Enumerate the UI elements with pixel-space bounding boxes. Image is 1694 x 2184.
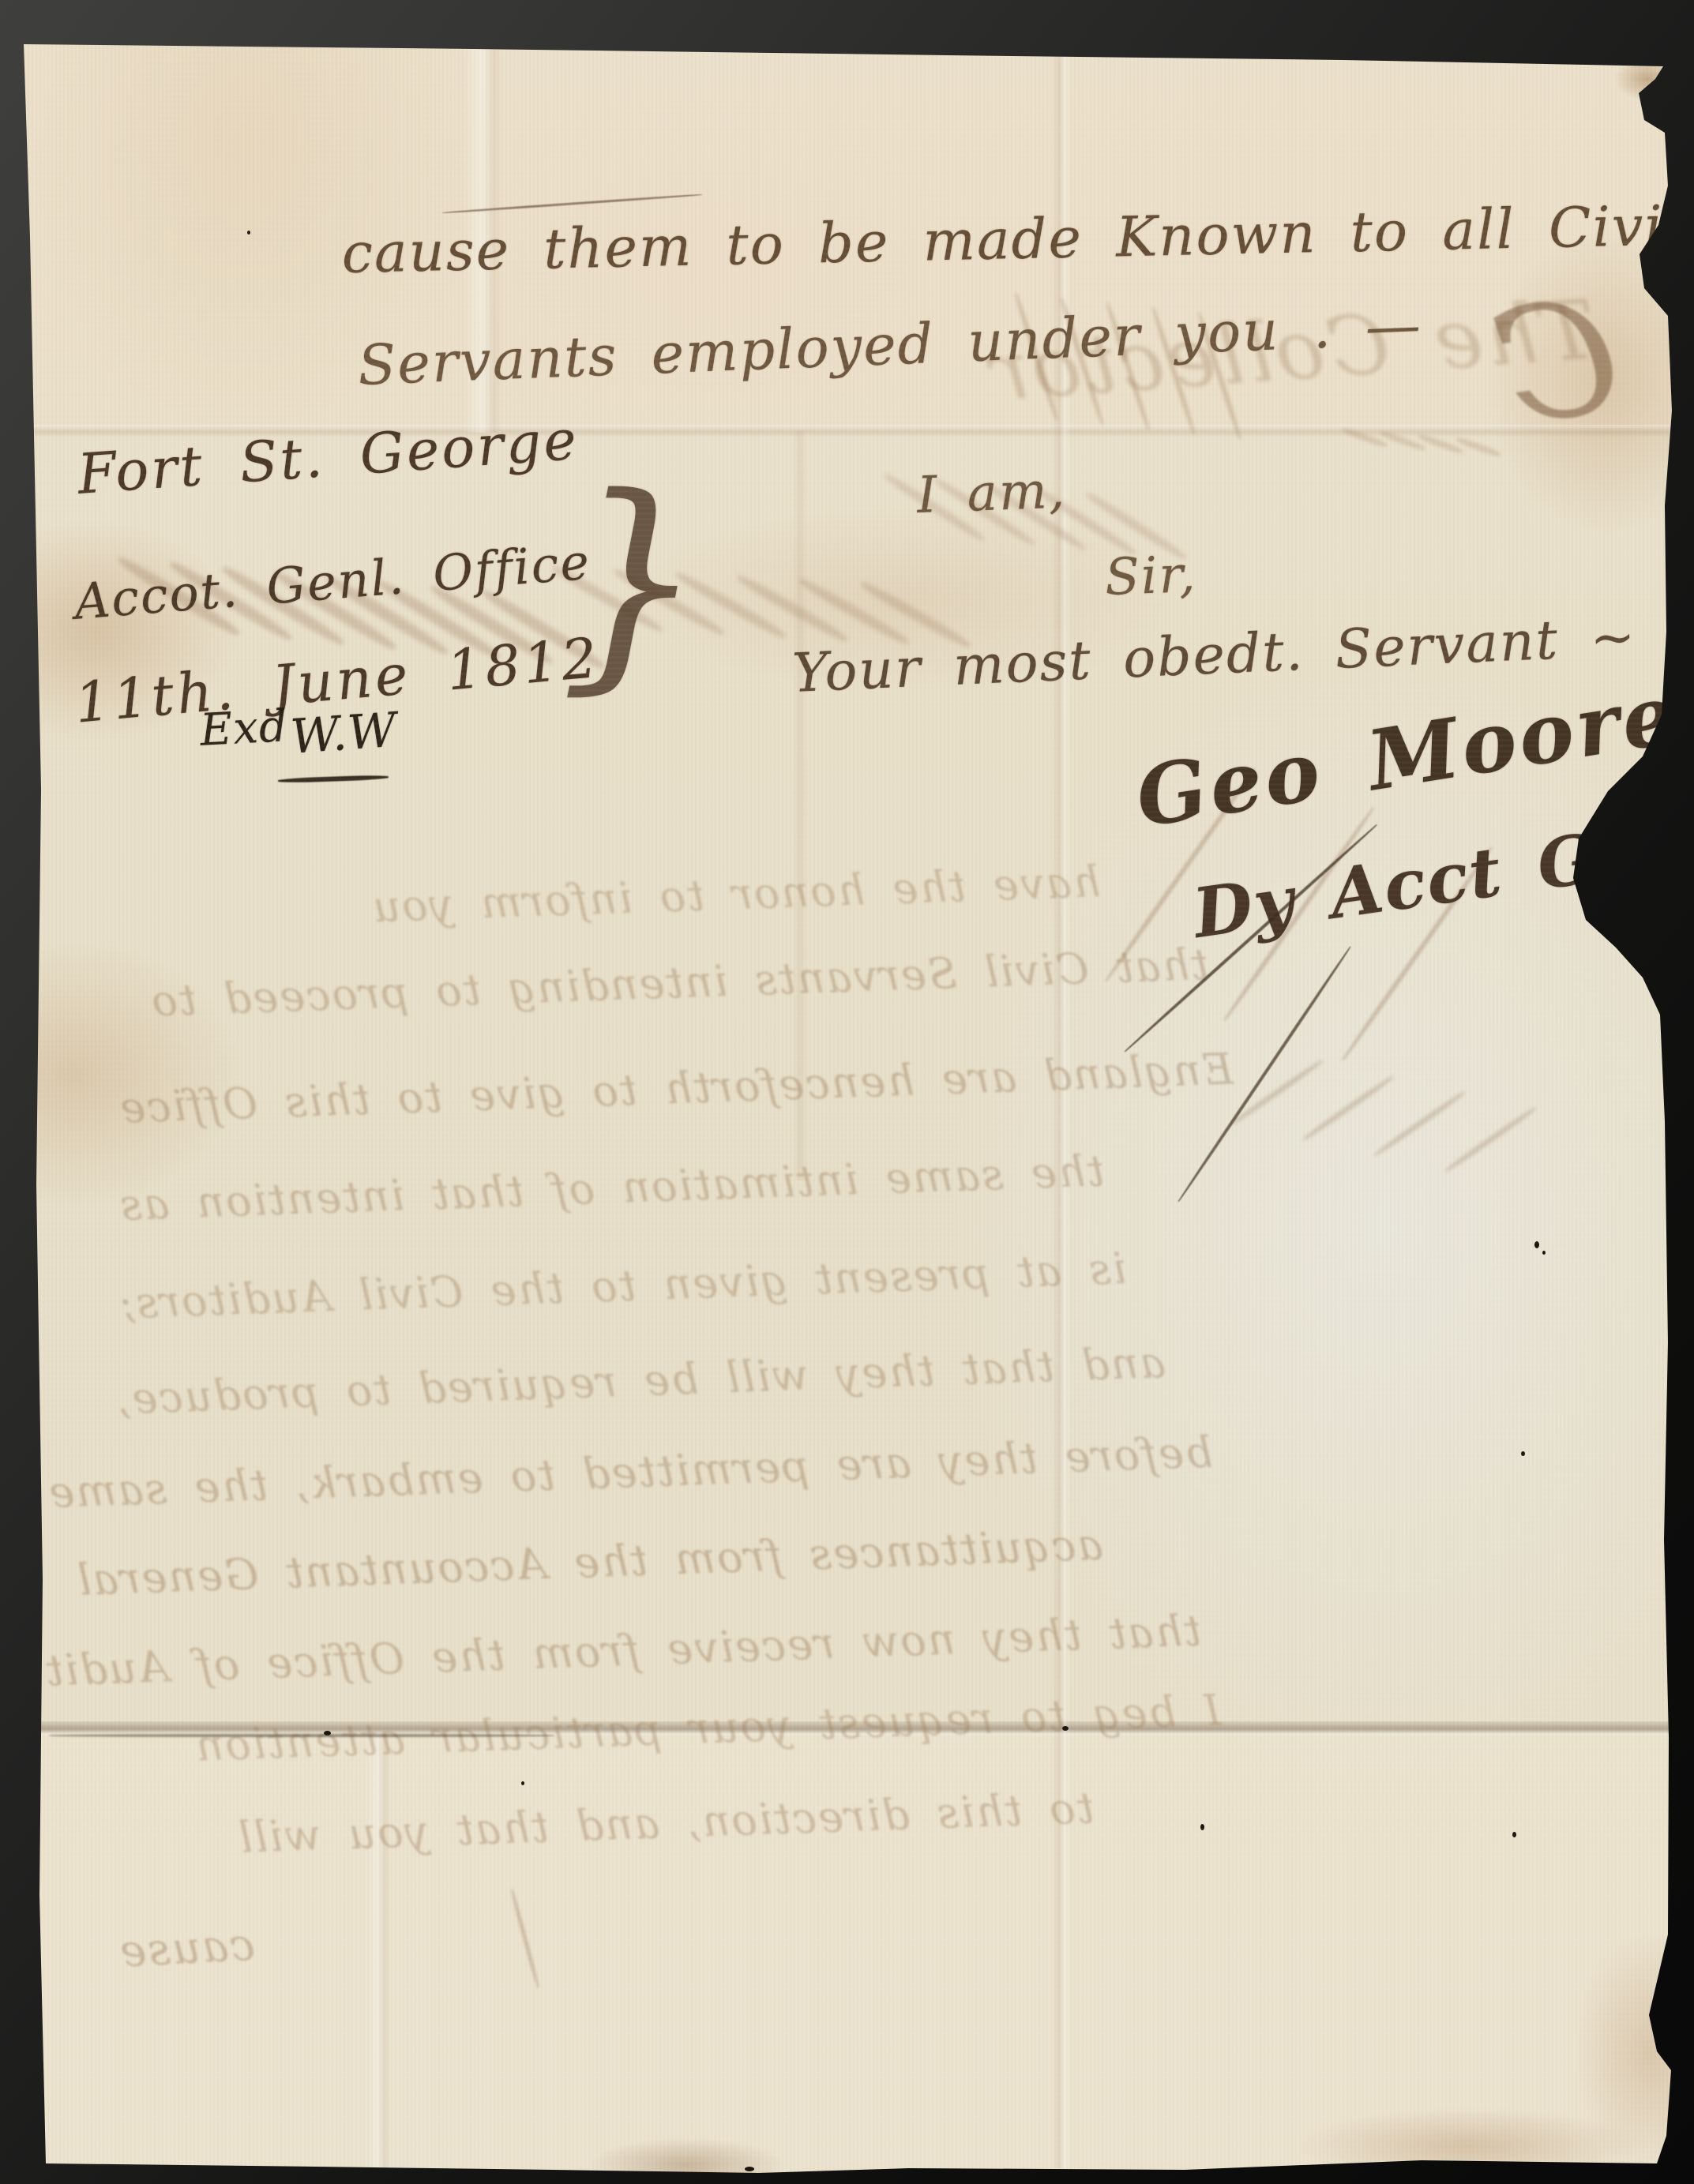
ink-speck [1200, 1824, 1204, 1830]
closing-line-1: cause them to be made Known to all Civil [341, 197, 1684, 281]
ink-speck [1062, 1726, 1069, 1731]
bleed-hatch-dateline-right [797, 576, 911, 647]
fold-crease-vertical-bottomleft [365, 1734, 390, 2170]
bleed-body-line-3: England are henceforth to give to this O… [118, 1048, 1234, 1129]
crease-dark-segment [49, 1734, 554, 1737]
ink-speck [324, 1731, 331, 1736]
bleed-marks-right-mid [1373, 1090, 1467, 1158]
bleed-body-line-4: the same intimation of that intention as [118, 1150, 1105, 1227]
scanned-letter-background: The CollectorChave the honor to inform y… [0, 0, 1694, 2184]
bleed-body-line-6: and that they will be required to produc… [115, 1342, 1166, 1420]
bleed-body-line-8: acquittances from the Accountant General [75, 1523, 1103, 1601]
bleed-body-line-11: to this direction, and that you will [236, 1787, 1095, 1859]
bleed-marks-right-mid [1230, 1058, 1324, 1126]
dateline-place: Fort St. George [76, 412, 580, 502]
bleed-hatch-near-iam [1380, 430, 1426, 452]
bleed-body-line-5: is at present given to the Civil Auditor… [118, 1248, 1127, 1326]
docket-initials: W.W [289, 707, 399, 761]
line1-tbar-flourish [442, 193, 702, 214]
bleed-body-line-9: that they now receive from the Office of… [44, 1609, 1202, 1692]
docket-underline [278, 775, 389, 783]
bleed-hatch-near-iam [1342, 426, 1388, 448]
ink-speck [1512, 1832, 1516, 1837]
bleed-body-line-2: that Civil Servants intending to proceed… [149, 944, 1208, 1023]
bleed-marks-right-mid [1301, 1074, 1395, 1142]
ink-speck [1534, 1241, 1539, 1248]
bleed-body-line-1: have the honor to inform you [370, 861, 1101, 929]
ink-speck [521, 1781, 524, 1785]
valediction-sir: Sir, [1104, 550, 1197, 603]
bleed-hatch-near-iam [1455, 436, 1502, 458]
ink-speck [247, 231, 250, 235]
bleed-hatch-dateline-right [735, 572, 850, 644]
valediction-i-am: I am, [916, 465, 1067, 521]
bleed-catchword: cause [118, 1923, 256, 1975]
docket-examined: Exd [199, 704, 289, 753]
ink-speck [1542, 1251, 1546, 1255]
valediction-line: Your most obedt. Servant ~ [791, 610, 1638, 701]
letter-paper: The CollectorChave the honor to inform y… [0, 0, 1694, 2184]
dateline-brace: } [559, 467, 705, 696]
ink-speck [745, 2167, 754, 2171]
bleed-stroke-bottom-left [510, 1889, 540, 1989]
bleed-body-line-7: before they are permitted to embark, the… [47, 1431, 1214, 1514]
signature-name: Geo Moore [1131, 673, 1683, 839]
ink-speck [1521, 1451, 1525, 1456]
signature-descender-1 [1124, 824, 1378, 1053]
bleed-marks-right-mid [1444, 1105, 1538, 1173]
bleed-flourish-c: C [1487, 276, 1628, 449]
bleed-hatch-near-iam [1418, 433, 1464, 455]
